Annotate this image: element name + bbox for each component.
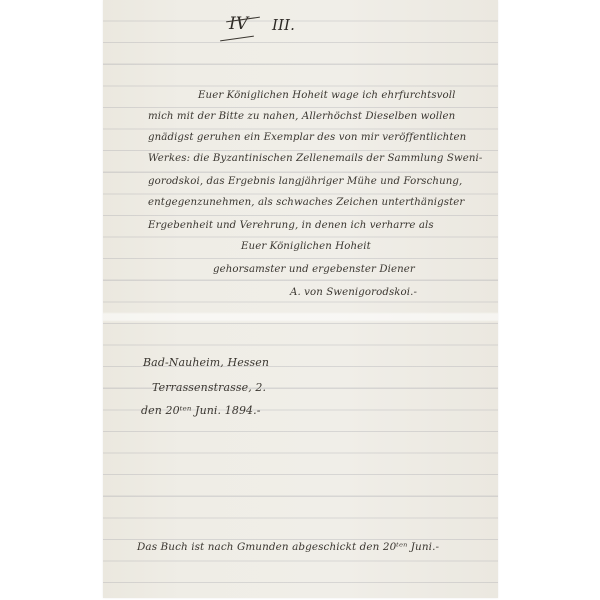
address-city: Bad-Nauheim, Hessen [143,356,269,369]
letter-line-2: mich mit der Bitte zu nahen, Allerhöchst… [148,111,455,122]
letter-line-4: Werkes: die Byzantinischen Zellenemails … [148,153,482,164]
letter-line-5: gorodskoi, das Ergebnis langjähriger Müh… [148,176,462,187]
address-date: den 20ᵗᵉⁿ Juni. 1894.- [141,404,261,417]
footnote-line: Das Buch ist nach Gmunden abgeschickt de… [137,541,439,553]
letter-line-3: gnädigst geruhen ein Exemplar des von mi… [148,132,466,143]
closing-servant: gehorsamster und ergebenster Diener [213,264,415,275]
signature: A. von Swenigorodskoi.- [290,287,417,298]
letter-line-1: Euer Königlichen Hoheit wage ich ehrfurc… [198,90,455,101]
closing-salutation: Euer Königlichen Hoheit [241,241,371,252]
header-numeral-right: III. [272,16,295,34]
header-numeral-left: IV [229,14,248,34]
letter-line-6: entgegenzunehmen, als schwaches Zeichen … [148,197,464,208]
address-street: Terrassenstrasse, 2. [152,381,266,394]
letter-line-7: Ergebenheit und Verehrung, in denen ich … [148,220,434,231]
